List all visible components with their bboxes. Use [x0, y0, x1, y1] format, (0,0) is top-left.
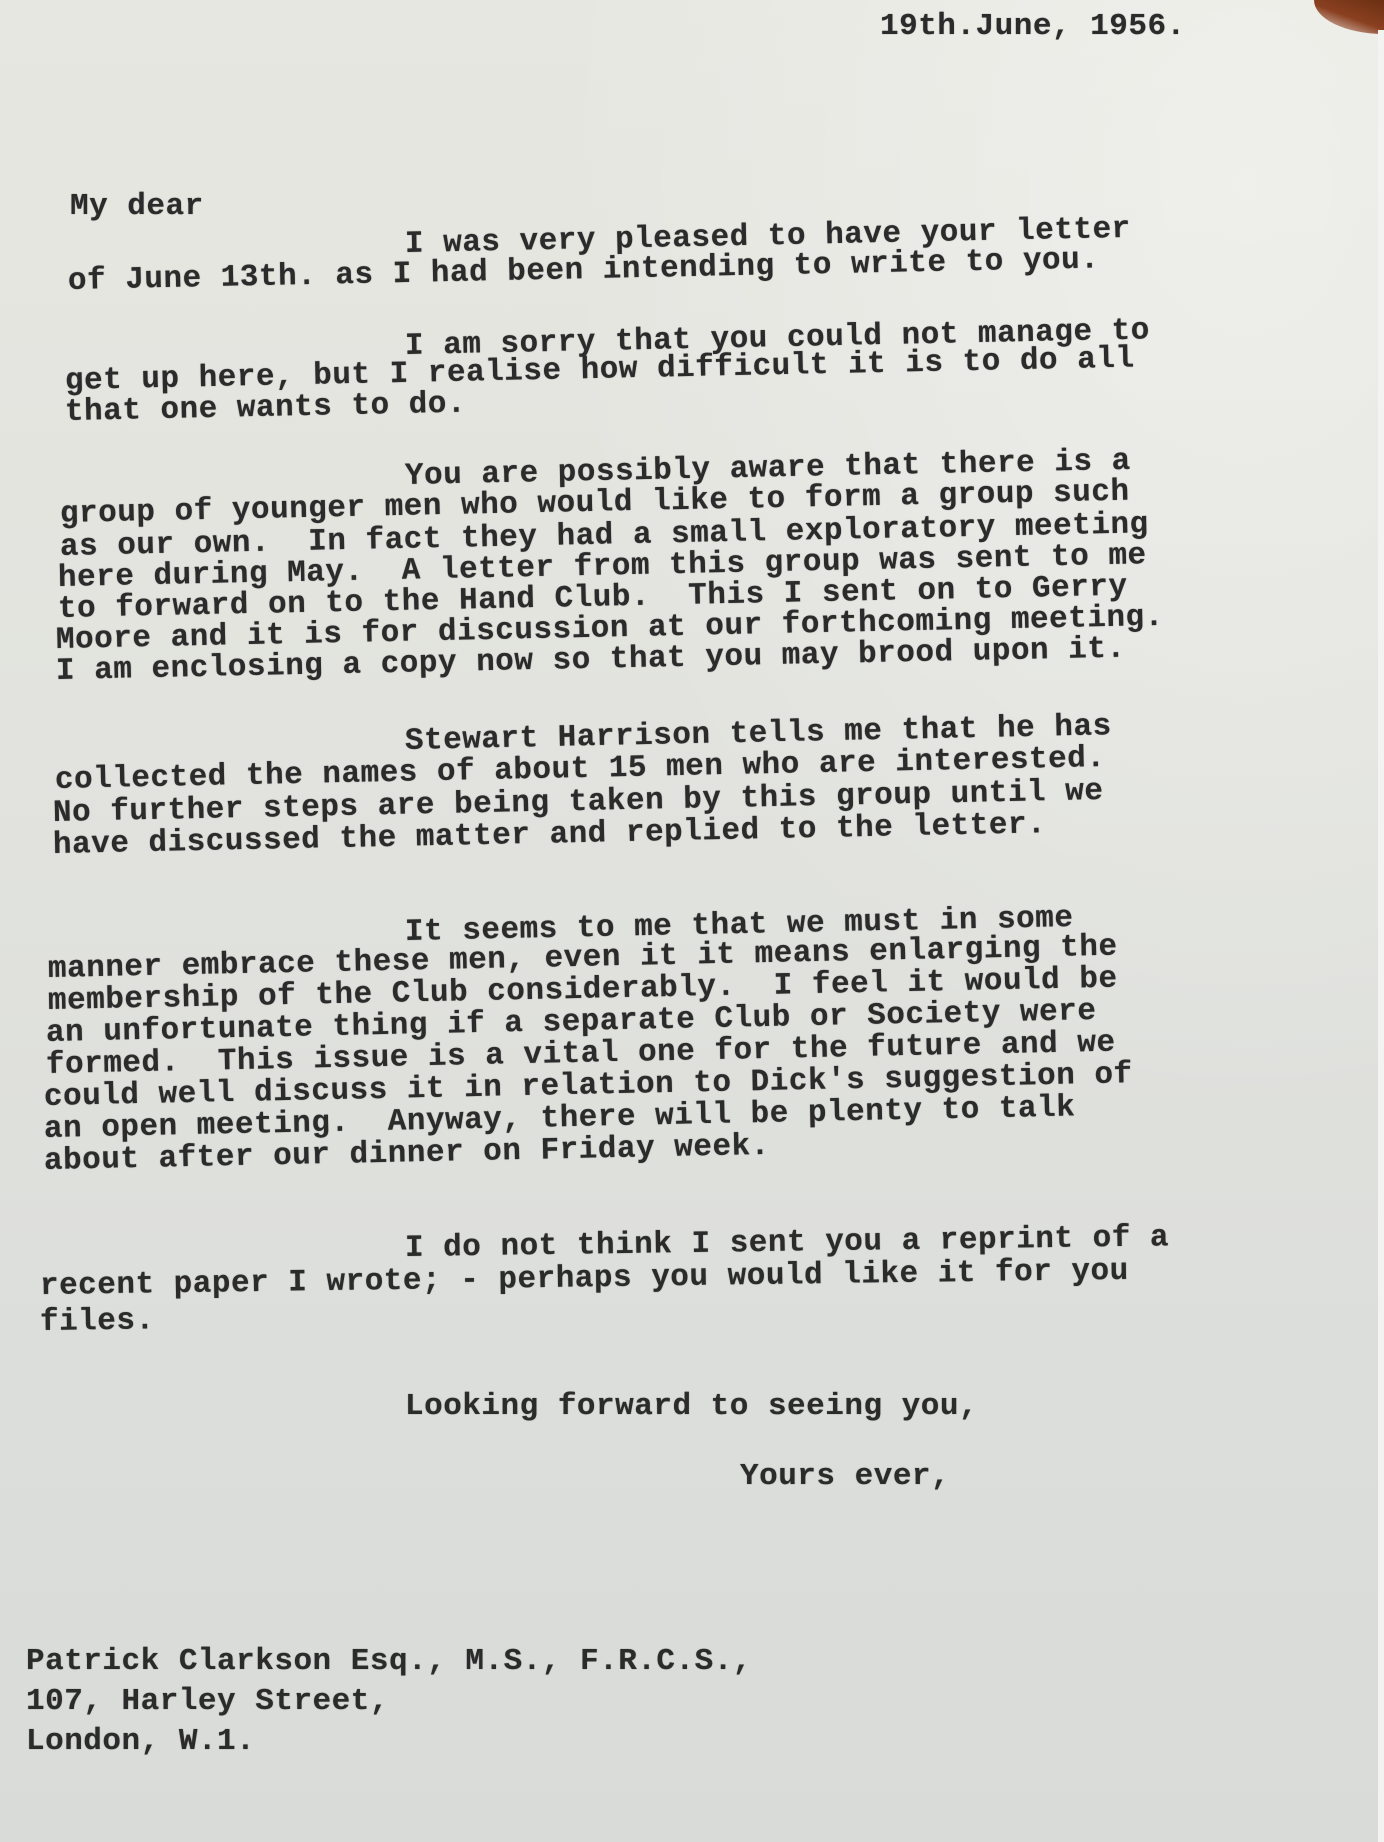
recipient-street: 107, Harley Street,: [26, 1685, 389, 1719]
wooden-table-corner: [1314, 0, 1384, 34]
salutation: My dear: [70, 190, 204, 224]
paper-edge: [1378, 30, 1384, 1842]
closing-line: Looking forward to seeing you,: [405, 1390, 978, 1424]
paragraph-6-line-3: files.: [40, 1304, 155, 1340]
recipient-name: Patrick Clarkson Esq., M.S., F.R.C.S.,: [26, 1645, 752, 1679]
letter-paper: 19th.June, 1956. My dear I was very plea…: [0, 0, 1384, 1842]
recipient-city: London, W.1.: [26, 1725, 255, 1759]
paragraph-6-line-2: recent paper I wrote; - perhaps you woul…: [40, 1255, 1129, 1304]
letter-date: 19th.June, 1956.: [880, 10, 1186, 44]
paragraph-2-line-3: that one wants to do.: [65, 388, 467, 430]
valediction: Yours ever,: [740, 1460, 950, 1494]
